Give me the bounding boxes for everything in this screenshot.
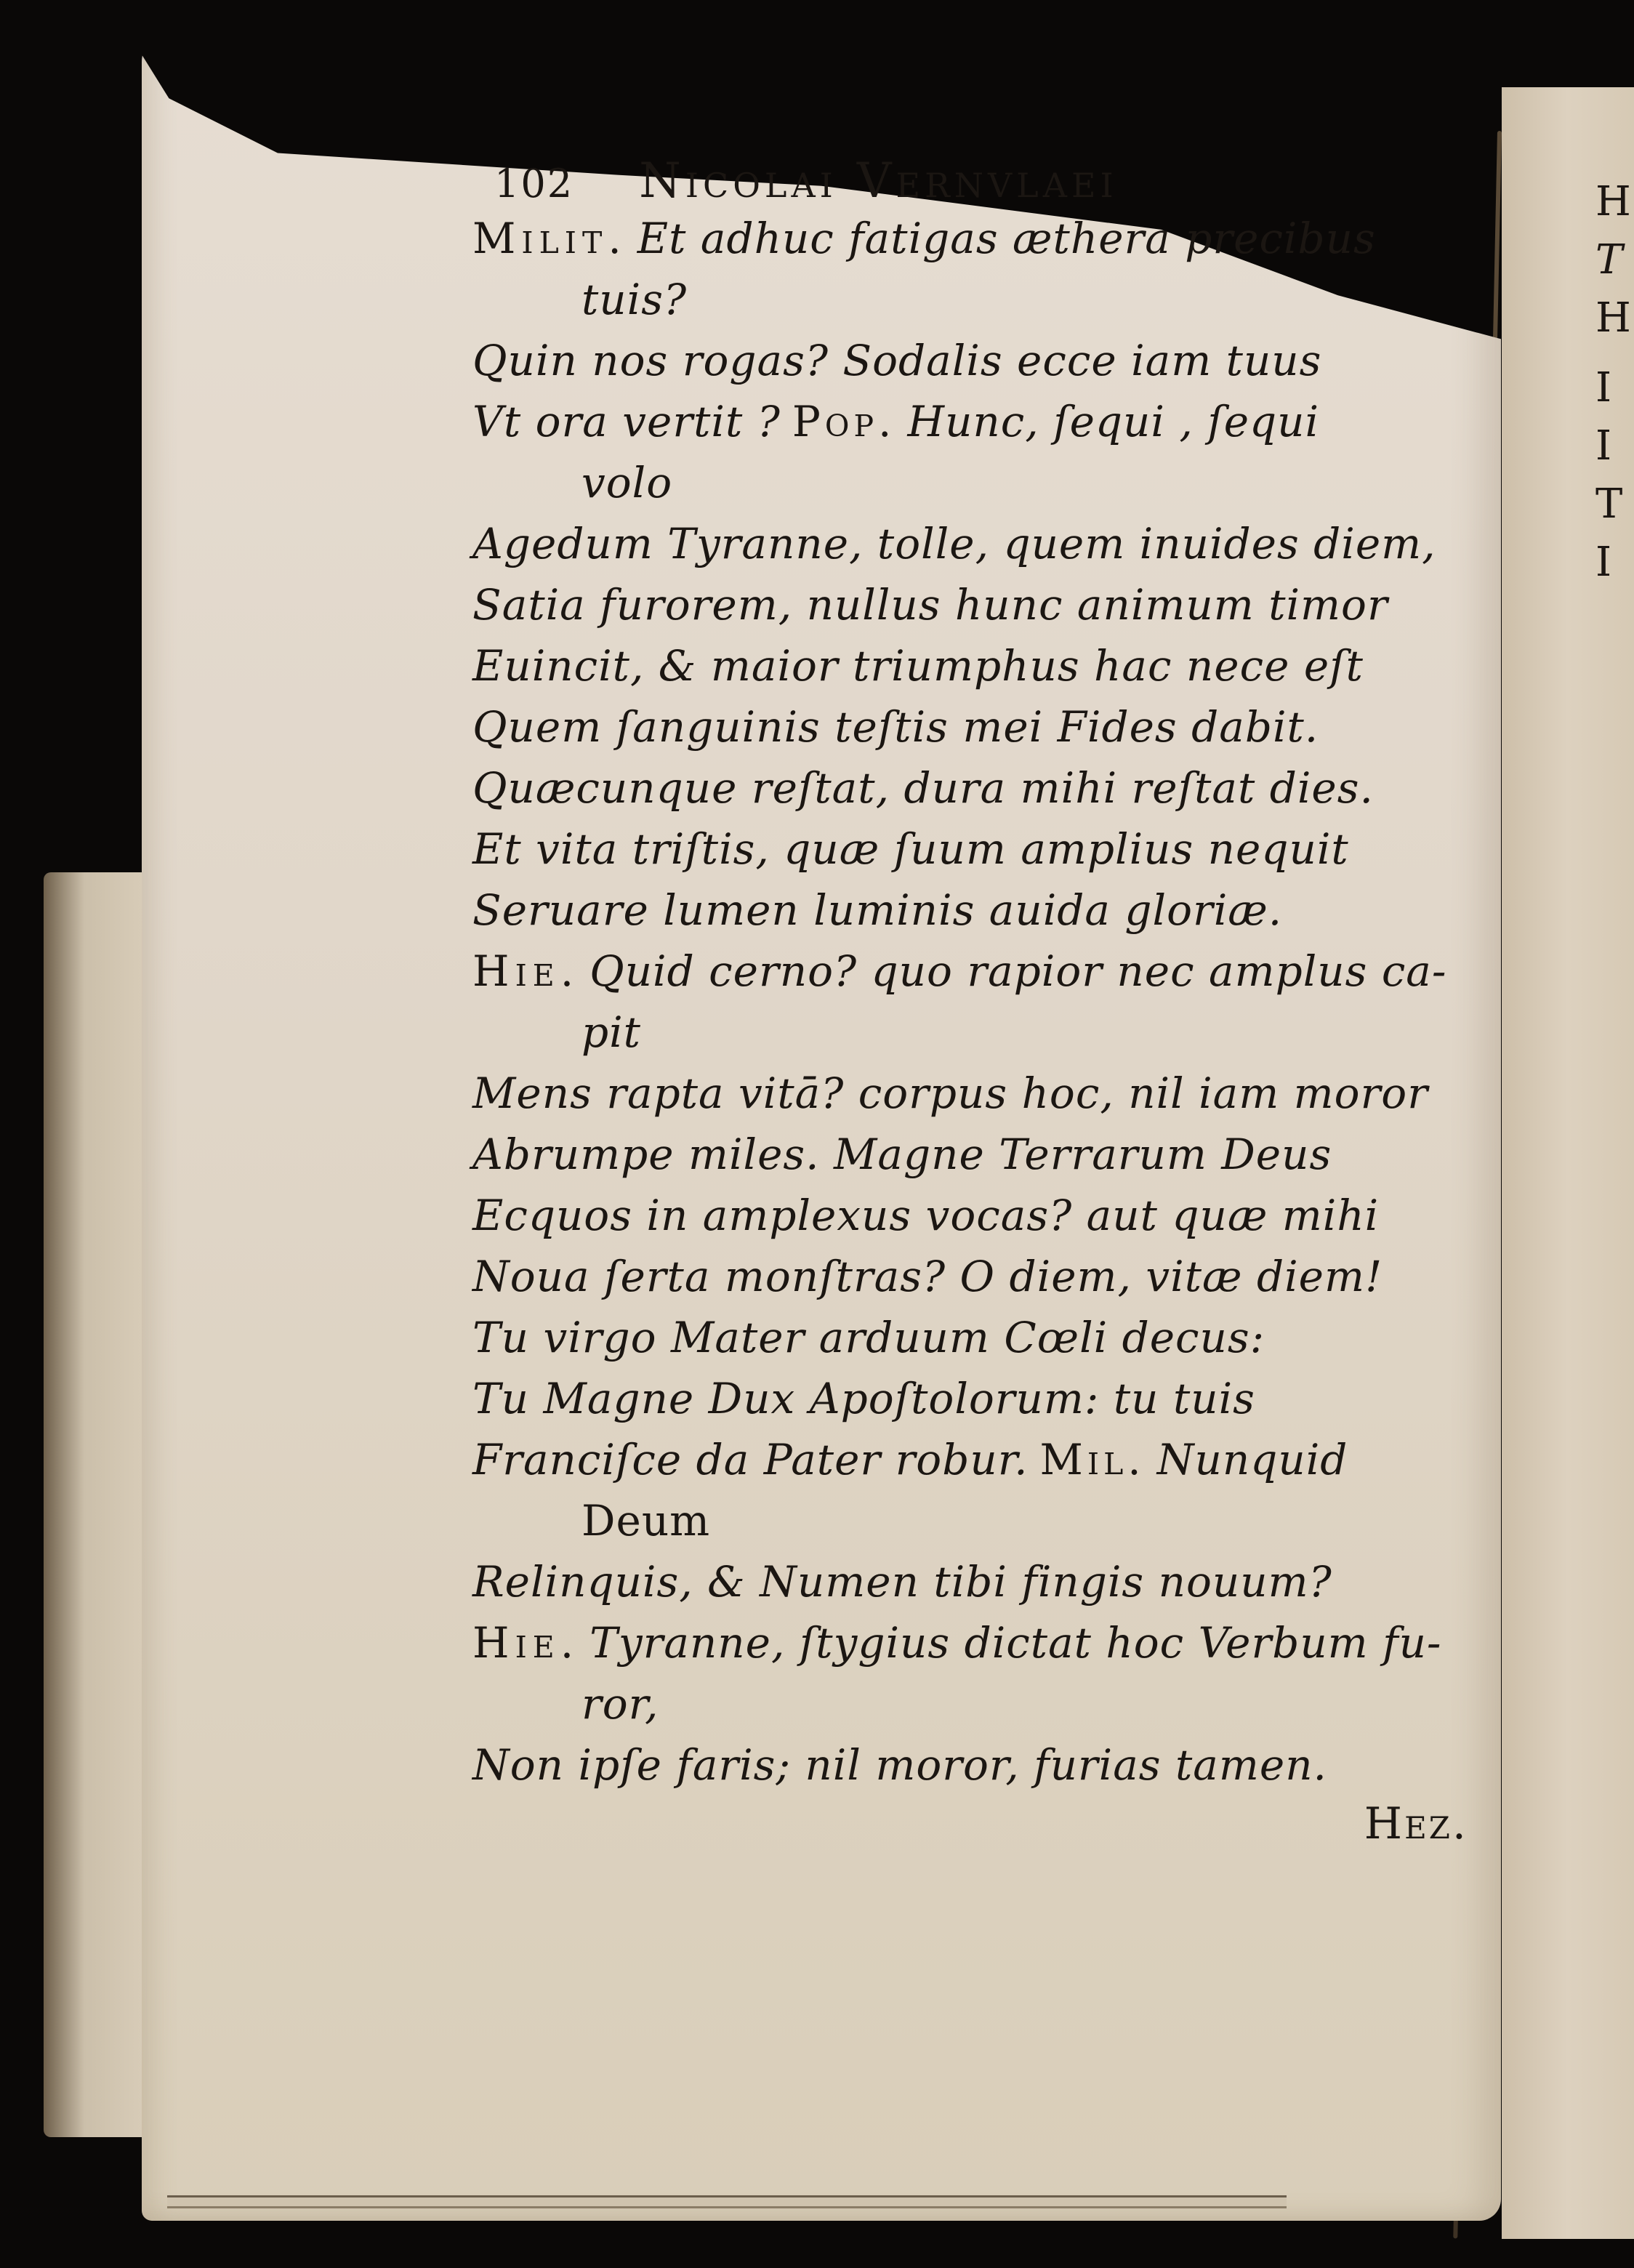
facing-letter: I [1595, 368, 1631, 409]
verse-line: Hie.Tyranne, ſtygius dictat hoc Verbum f… [472, 1612, 1468, 1673]
book-page-edges [44, 872, 145, 2137]
verse-line: Franciſce da Pater robur.Mil.Nunquid [472, 1429, 1468, 1490]
verse-line-continuation: pit [472, 1002, 1468, 1063]
verse-line: Et vita triſtis, quæ ſuum amplius nequit [472, 819, 1468, 880]
verse-line: Quin nos rogas? Sodalis ecce iam tuus [472, 330, 1468, 391]
verse-line: Relinquis, & Numen tibi fingis nouum? [472, 1551, 1468, 1612]
running-title: Nicolai Vernvlaei [639, 153, 1118, 209]
facing-letter: H [1595, 182, 1631, 222]
verse-line: Mens rapta vitā? corpus hoc, nil iam mor… [472, 1063, 1468, 1124]
verse-line: Quæcunque reſtat, dura mihi reſtat dies. [472, 757, 1468, 819]
speaker-label: Hie. [472, 946, 579, 996]
verse-line: Agedum Tyranne, tolle, quem inuides diem… [472, 513, 1468, 574]
speaker-label: Pop. [792, 397, 896, 446]
facing-letter: T [1595, 484, 1631, 525]
verse-line-continuation: volo [472, 452, 1468, 513]
verse-line: Non ipſe faris; nil moror, furias tamen. [472, 1734, 1468, 1795]
verse-line: Vt ora vertit ?Pop.Hunc, ſequi , ſequi [472, 391, 1468, 452]
verse-line-continuation: ror, [472, 1673, 1468, 1734]
verse-line: Ecquos in amplexus vocas? aut quæ mihi [472, 1185, 1468, 1246]
verse-line: Euincit, & maior triumphus hac nece eſt [472, 635, 1468, 696]
verse-line-continuation: Deum [472, 1490, 1468, 1551]
speaker-label: Mil. [1040, 1435, 1146, 1484]
catchword: Hez. [472, 1798, 1468, 1849]
verse-line: Satia furorem, nullus hunc animum timor [472, 574, 1468, 635]
verse-line: Abrumpe miles. Magne Terrarum Deus [472, 1124, 1468, 1185]
verse-line: Hie.Quid cerno? quo rapior nec amplus ca… [472, 941, 1468, 1002]
page-number: 102 [494, 161, 573, 206]
facing-letter: H [1595, 298, 1631, 339]
facing-letter: T [1595, 240, 1631, 281]
page-stack-bottom [167, 2195, 1287, 2208]
facing-letter: I [1595, 426, 1631, 467]
verse-line-continuation: tuis? [472, 269, 1468, 330]
speaker-label: Milit. [472, 214, 627, 263]
running-head: 102 Nicolai Vernvlaei [494, 153, 1468, 208]
verse-line: Tu virgo Mater arduum Cœli decus: [472, 1307, 1468, 1368]
verse-line: Quem ſanguinis teſtis mei Fides dabit. [472, 696, 1468, 757]
page-text-block: 102 Nicolai Vernvlaei Milit.Et adhuc fat… [472, 153, 1468, 1849]
verse-line: Seruare lumen luminis auida gloriæ. [472, 880, 1468, 941]
facing-letter: I [1595, 542, 1631, 583]
verse-line: Tu Magne Dux Apoſtolorum: tu tuis [472, 1368, 1468, 1429]
facing-page-text: H T H I I T I [1595, 182, 1631, 600]
speaker-label: Hie. [472, 1618, 579, 1668]
verse-line: Milit.Et adhuc fatigas æthera precibus [472, 208, 1468, 269]
verse-line: Noua ſerta monſtras? O diem, vitæ diem! [472, 1246, 1468, 1307]
